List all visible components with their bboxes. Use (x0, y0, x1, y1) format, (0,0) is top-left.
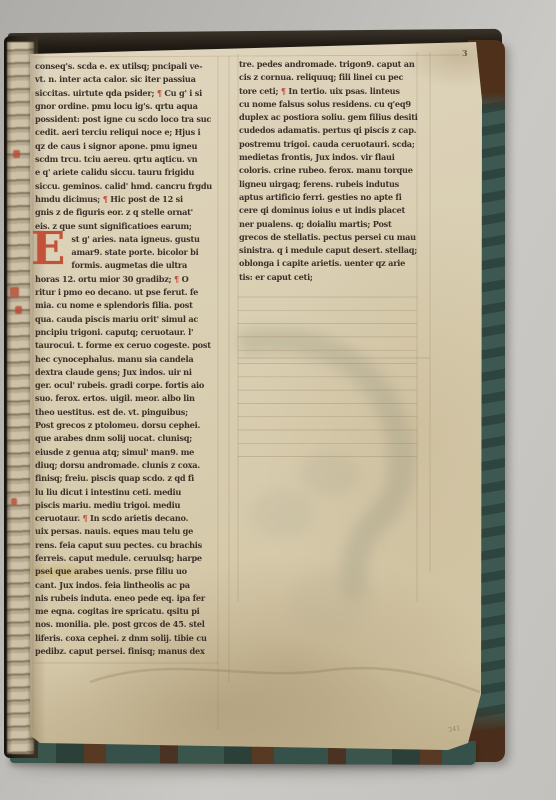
rubric-paragraph-mark: ¶ (157, 88, 162, 98)
text-line: cu nome falsus solus residens. cu q'eq9 (239, 98, 439, 111)
text-line: scdm trcu. tciu aereu. qrtu aqticu. vn (35, 153, 221, 166)
text-line: postremu trigoi. cauda ceruotauri. scda; (239, 138, 439, 151)
text-line: pedibz. caput persei. finisq; manus dex (35, 645, 221, 658)
text-line: diuq; dorsu andromade. clunis z coxa. (35, 459, 221, 472)
text-line: gnor ordine. pmu locu ig's. qrtu aqua (35, 100, 221, 113)
text-line: ligneu uirgaq; ferens. rubeis indutus (239, 178, 439, 191)
text-line: vt. n. inter acta calor. sic iter passiu… (35, 73, 221, 86)
text-line: tre. pedes andromade. trigon9. caput an (239, 58, 439, 71)
text-line: ger. ocul' rubeis. gradi corpe. fortis a… (35, 379, 221, 392)
text-line: siccu. geminos. calid' hmd. cancru frgdu (35, 180, 221, 193)
tide-mark-stain-edge (90, 668, 480, 692)
text-line: ner pualens. q; doialiu martis; Post (239, 218, 439, 231)
text-line: e q' ariete calidu siccu. tauru frigidu (35, 166, 221, 179)
text-line: taurocui. t. forme ex ceruo cogeste. pos… (35, 339, 221, 352)
text-line: nis rubeis induta. eneo pede eq. ipa fer (35, 592, 221, 605)
text-line: sinistra. q i medule caput desert. stell… (239, 244, 439, 257)
rubric-paragraph-mark: ¶ (82, 513, 87, 523)
text-line: liferis. coxa cephei. z dnm solij. tibie… (35, 632, 221, 645)
text-line: coloris. crine rubeo. ferox. manu torque (239, 164, 439, 177)
text-line: que arabes dnm solij uocat. clunisq; (35, 432, 221, 445)
text-line: lu liu dicut i intestinu ceti. mediu (35, 486, 221, 499)
photographed-book: conseq's. scda e. ex utilsq; pncipali ve… (0, 0, 556, 800)
rubric-fleck (13, 150, 20, 158)
text-line: hmdu dicimus; ¶ Hic post de 12 si (35, 193, 221, 206)
text-line: eiusde z genua atq; simul' man9. me (35, 446, 221, 459)
text-line: ritur i pmo eo decano. ut pse ferut. fe (35, 286, 221, 299)
text-column-left: conseq's. scda e. ex utilsq; pncipali ve… (35, 60, 221, 658)
text-line: dextra claude gens; Jux indos. uir ni (35, 366, 221, 379)
text-line: ferreis. caput medule. ceruulsq; harpe (35, 552, 221, 565)
text-line: tore ceti; ¶ In tertio. uix psas. linteu… (239, 85, 439, 98)
text-line: aptus artificio ferri. gesties no apte f… (239, 191, 439, 204)
rubric-fleck (15, 306, 22, 314)
illuminated-initial-E: E (31, 229, 67, 273)
text-line: duplex ac postiora soliu. gem filius des… (239, 111, 439, 124)
text-line: cis z cornua. reliquuq; fili linei cu pe… (239, 71, 439, 84)
text-line: nos. monilia. ple. post grcos de 45. ste… (35, 618, 221, 631)
text-line: pncipiu trigoni. caputq; ceruotaur. l' (35, 326, 221, 339)
text-line: Post grecos z ptolomeu. dorsu cephei. (35, 419, 221, 432)
text-line: oblonga i capite arietis. uenter qz arie (239, 257, 439, 270)
text-line: tis: er caput ceti; (239, 271, 439, 284)
folio-number: 3 (462, 48, 468, 58)
text-line: hec cynocephalus. manu sia candela (35, 353, 221, 366)
text-line: uix persas. nauis. eques mau telu ge (35, 525, 221, 538)
manuscript-page: conseq's. scda e. ex utilsq; pncipali ve… (30, 42, 482, 752)
text-line: ceruotaur. ¶ In scdo arietis decano. (35, 512, 221, 525)
text-line: suo. ferox. ertos. uigil. meor. albo lin (35, 392, 221, 405)
text-line: conseq's. scda e. ex utilsq; pncipali ve… (35, 60, 221, 73)
text-line: gnis z de figuris eor. z q stelle ornat' (35, 206, 221, 219)
text-line: rens. feia caput suu pectes. cu brachis (35, 539, 221, 552)
text-line: me eqna. cogitas ire spricatu. qsitu pi (35, 605, 221, 618)
rubric-paragraph-mark: ¶ (174, 274, 179, 284)
text-line: medietas frontis, Jux indos. vir flaui (239, 151, 439, 164)
text-line: grecos de stellatis. pectus persei cu ma… (239, 231, 439, 244)
rubric-fleck (11, 498, 17, 505)
text-line: cere qi dominus ioius e ut indis placet (239, 204, 439, 217)
text-line: piscis mariu. mediu trigoi. mediu (35, 499, 221, 512)
rubric-paragraph-mark: ¶ (281, 86, 286, 96)
text-line: cant. Jux indos. feia lintheolis ac pa (35, 579, 221, 592)
text-line: qua. cauda piscis mariu orit' simul ac (35, 313, 221, 326)
text-line: mia. cu nome e splendoris filia. post (35, 299, 221, 312)
text-line: qz de caus i signor apone. pmu igneu (35, 140, 221, 153)
text-line: cedit. aeri terciu reliqui noce e; Hjus … (35, 126, 221, 139)
text-column-right: tre. pedes andromade. trigon9. caput anc… (239, 58, 439, 284)
text-line: finisq; freiu. piscis quap scdo. z qd fi (35, 472, 221, 485)
rubric-paragraph-mark: ¶ (103, 194, 108, 204)
text-line: psei que arabes uenis. prse filiu uo (35, 565, 221, 578)
text-line: siccitas. uirtute qda psider; ¶ Cu g' i … (35, 87, 221, 100)
previous-leaf-fore-edge (7, 42, 34, 754)
text-line: theo uestitus. est de. vt. pinguibus; (35, 406, 221, 419)
rubric-fleck (10, 287, 19, 297)
text-line: possident: post igne cu scdo loco tra su… (35, 113, 221, 126)
text-line: cudedos adamatis. pertus qi piscis z cap… (239, 124, 439, 137)
